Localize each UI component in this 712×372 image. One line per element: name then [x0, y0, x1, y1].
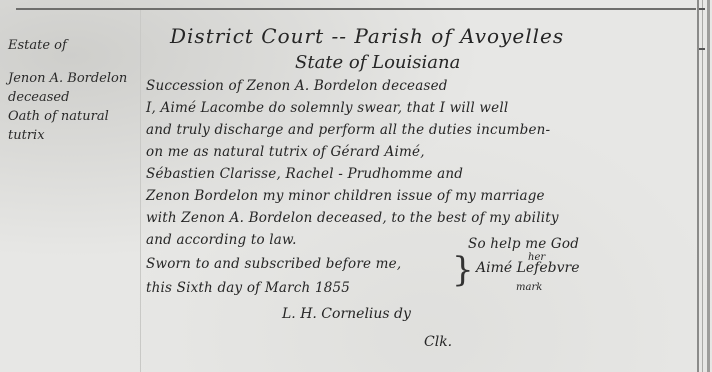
body-line: on me as natural tutrix of Gérard Aimé, [146, 144, 425, 160]
right-border-line [702, 0, 703, 372]
official-title: Clk. [424, 334, 452, 350]
top-rule-line [16, 8, 696, 10]
document-page: Estate of Jenon A. Bordelon deceased Oat… [0, 0, 712, 372]
brace: } [452, 250, 474, 290]
sworn-line: Sworn to and subscribed before me, [146, 256, 401, 272]
margin-note-line: Estate of [8, 36, 136, 55]
margin-note: Estate of Jenon A. Bordelon deceased Oat… [8, 36, 136, 145]
margin-note-line: Oath of natural [8, 107, 136, 126]
body-line: Succession of Zenon A. Bordelon deceased [146, 78, 448, 94]
sworn-line: this Sixth day of March 1855 [146, 280, 350, 296]
body-line: and according to law. [146, 232, 297, 248]
margin-note-line: tutrix [8, 126, 136, 145]
signatory-mark: mark [516, 282, 542, 293]
document-heading: District Court -- Parish of Avoyelles [170, 24, 564, 48]
body-line: Sébastien Clarisse, Rachel - Prudhomme a… [146, 166, 463, 182]
border-tick [699, 8, 705, 10]
body-line: Zenon Bordelon my minor children issue o… [146, 188, 545, 204]
official-signature: L. H. Cornelius dy [282, 306, 411, 322]
body-line: with Zenon A. Bordelon deceased, to the … [146, 210, 559, 226]
margin-note-line: deceased [8, 88, 136, 107]
closing-oath: So help me God [468, 236, 579, 252]
body-line: and truly discharge and perform all the … [146, 122, 550, 138]
signatory-name: Aimé Lefebvre [476, 260, 580, 276]
right-border-line [697, 0, 699, 372]
margin-rule-line [140, 10, 141, 372]
document-subheading: State of Louisiana [295, 52, 460, 73]
right-border-line [707, 0, 710, 372]
margin-note-line: Jenon A. Bordelon [8, 69, 136, 88]
body-line: I, Aimé Lacombe do solemnly swear, that … [146, 100, 508, 116]
border-tick [699, 48, 705, 50]
